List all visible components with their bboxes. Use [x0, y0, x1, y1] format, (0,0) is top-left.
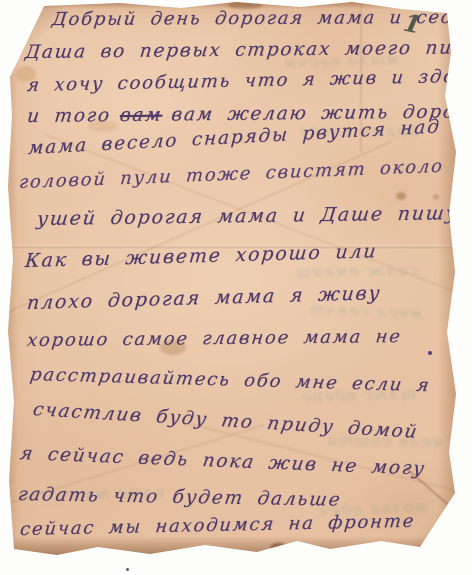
- handwriting-line-6: головой пули тоже свистят около: [18, 158, 444, 192]
- struck-word: вам: [119, 107, 164, 126]
- handwriting-line-15: сейчас мы находимся на фронте: [19, 513, 416, 539]
- paper-edge-left: [5, 55, 18, 555]
- handwriting-line-13: я сейчас ведь пока жив не могу: [19, 445, 427, 479]
- handwriting-line-12: счастлив буду то приду домой: [31, 401, 419, 442]
- ink-speck: [428, 351, 432, 355]
- letter-paper: мшло весчм долма кчвсе солж вмеищ мвол с…: [0, 0, 472, 575]
- handwriting-line-7: ушей дорогая мама и Даше пишу: [36, 204, 459, 229]
- handwriting-line-2: Даша во первых строках моего письма: [24, 39, 472, 63]
- stain: [396, 192, 406, 200]
- paper-edge-bottom: [0, 536, 472, 558]
- stain: [270, 543, 288, 552]
- handwriting-line-10: хорошо самое главное мама не: [26, 328, 403, 350]
- scanner-speck: [126, 568, 129, 571]
- stain: [433, 194, 439, 200]
- handwriting-line-14: гадать что будет дальше: [17, 486, 343, 510]
- line-4-text: и того: [26, 107, 112, 126]
- handwriting-line-3: я хочу сообщить что я жив и здоров: [26, 67, 472, 95]
- handwriting-line-11: расстраивайтесь обо мне если я: [29, 366, 432, 395]
- scanned-letter-page: мшло весчм долма кчвсе солж вмеищ мвол с…: [0, 0, 472, 575]
- handwriting-line-9: плохо дорогая мама я живу: [26, 284, 382, 313]
- handwriting-line-8: Как вы живете хорошо или: [24, 242, 378, 271]
